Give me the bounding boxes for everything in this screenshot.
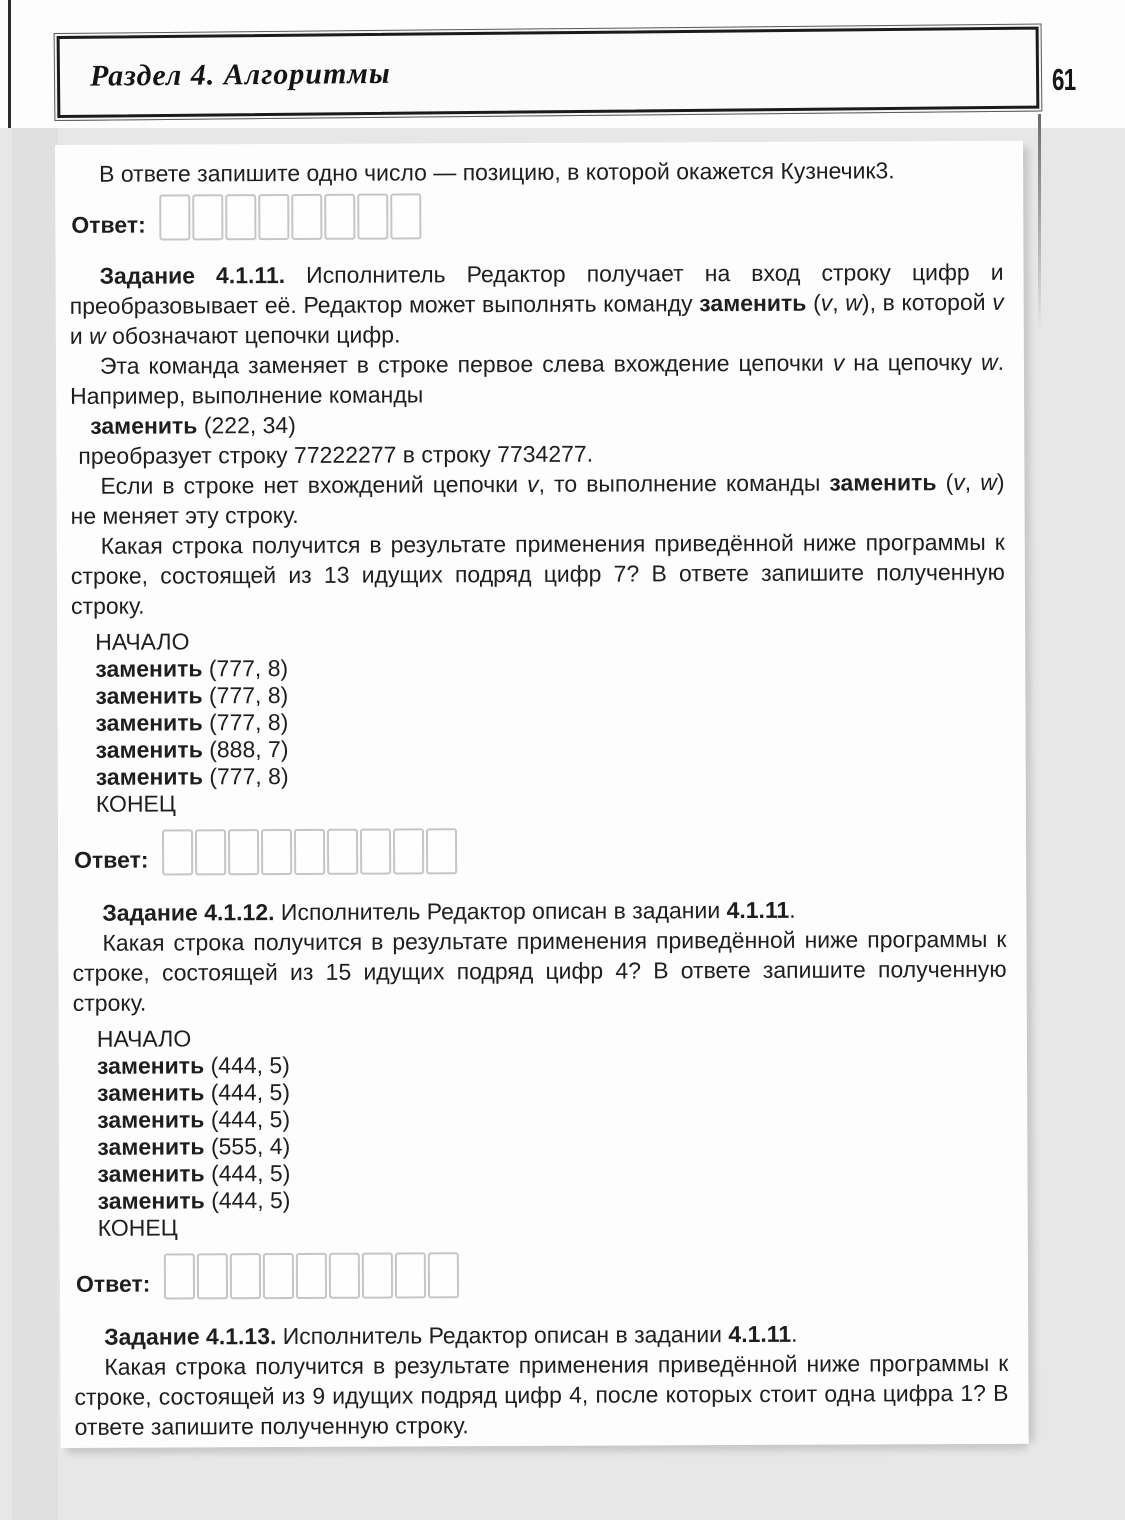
answer-cell	[193, 194, 224, 240]
program-line: заменить (444, 5)	[98, 1184, 1008, 1215]
answer-cell	[261, 829, 292, 875]
text-segment: (444, 5)	[205, 1187, 291, 1213]
text-segment: v	[527, 471, 539, 497]
program-line: заменить (444, 5)	[97, 1049, 1007, 1080]
text-segment: w	[89, 323, 106, 349]
scan-background-left-strip	[12, 128, 58, 1520]
program-listing-1: НАЧАЛО заменить (777, 8) заменить (777, …	[95, 625, 1006, 818]
answer-cell	[195, 829, 226, 875]
answer-boxes	[160, 193, 422, 240]
answer-label: Ответ:	[69, 211, 160, 241]
text-segment: Задание 4.1.12.	[102, 899, 274, 926]
text-segment: заменить	[95, 682, 202, 708]
text-segment: (777, 8)	[203, 709, 289, 735]
section-title: Раздел 4. Алгоритмы	[60, 57, 391, 94]
program-line: заменить (777, 8)	[95, 706, 1005, 737]
text-segment: КОНЕЦ	[96, 790, 176, 816]
answer-cell	[426, 828, 457, 874]
answer-row-2: Ответ:	[72, 826, 1006, 876]
text-segment: (444, 5)	[204, 1052, 290, 1078]
text-segment: обозначают цепочки цифр.	[106, 321, 401, 348]
answer-cell	[263, 1253, 294, 1299]
program-line: НАЧАЛО	[95, 625, 1005, 656]
answer-boxes	[162, 828, 457, 875]
text-segment: заменить	[96, 736, 203, 762]
text-segment: v	[992, 289, 1004, 315]
text-segment: ), в которой	[862, 289, 992, 316]
program-line: НАЧАЛО	[97, 1022, 1007, 1053]
text-segment: заменить	[97, 1079, 204, 1105]
program-line: заменить (777, 8)	[96, 760, 1006, 791]
text-segment: Если в строке нет вхождений цепочки	[100, 471, 527, 499]
text-segment: КОНЕЦ	[98, 1214, 178, 1240]
task-4-1-11-paragraph-5: Какая строка получится в результате прим…	[71, 527, 1005, 621]
text-segment: заменить	[95, 709, 202, 735]
answer-label: Ответ:	[72, 846, 163, 876]
text-segment: В ответе запишите одно число — позицию, …	[99, 157, 895, 186]
text-segment: v	[821, 290, 833, 316]
answer-cell	[329, 1253, 360, 1299]
task-4-1-12-paragraph-1: Задание 4.1.12. Исполнитель Редактор опи…	[72, 894, 1006, 928]
page-number: 61	[1052, 62, 1075, 98]
text-segment: (444, 5)	[205, 1160, 291, 1186]
text-segment: заменить	[699, 290, 806, 316]
answer-cell	[358, 194, 389, 240]
task-4-1-11-paragraph-4: Если в строке нет вхождений цепочки v, т…	[70, 467, 1004, 531]
answer-label: Ответ:	[74, 1270, 165, 1300]
answer-cell	[228, 829, 259, 875]
text-segment: (444, 5)	[204, 1106, 290, 1132]
task-4-1-13: Задание 4.1.13. Исполнитель Редактор опи…	[74, 1318, 1009, 1442]
text-segment: , то выполнение команды	[539, 470, 830, 497]
text-segment: и	[70, 323, 89, 349]
text-segment: v	[833, 350, 845, 376]
answer-boxes	[164, 1252, 459, 1299]
answer-cell	[160, 194, 191, 240]
text-segment: 4.1.11	[728, 1321, 791, 1347]
answer-cell	[296, 1253, 327, 1299]
intro-paragraph: В ответе запишите одно число — позицию, …	[69, 155, 1003, 189]
scan-edge-right	[1038, 114, 1041, 332]
text-segment: заменить	[829, 469, 936, 495]
text-segment: НАЧАЛО	[95, 628, 189, 654]
answer-cell	[230, 1253, 261, 1299]
answer-cell	[393, 828, 424, 874]
program-line: заменить (777, 8)	[95, 652, 1005, 683]
answer-cell	[325, 194, 356, 240]
text-segment: заменить	[97, 1133, 204, 1159]
text-segment: (777, 8)	[202, 655, 288, 681]
task-4-1-13-paragraph-1: Задание 4.1.13. Исполнитель Редактор опи…	[74, 1318, 1008, 1352]
section-header-box: Раздел 4. Алгоритмы	[57, 27, 1040, 118]
task-4-1-12-paragraph-2: Какая строка получится в результате прим…	[72, 924, 1006, 1018]
text-segment: (555, 4)	[204, 1133, 290, 1159]
text-segment: Задание 4.1.11.	[100, 262, 286, 289]
text-segment: заменить	[97, 1160, 204, 1186]
text-segment: заменить	[95, 655, 202, 681]
answer-cell	[164, 1253, 195, 1299]
answer-cell	[362, 1253, 393, 1299]
answer-cell	[197, 1253, 228, 1299]
text-segment: 4.1.11	[726, 897, 789, 923]
answer-row-1: Ответ:	[69, 191, 1003, 241]
text-segment: w	[980, 469, 997, 495]
text-segment: заменить	[90, 412, 197, 438]
text-segment: ,	[832, 290, 845, 316]
program-listing-2: НАЧАЛО заменить (444, 5) заменить (444, …	[97, 1022, 1008, 1242]
task-4-1-11-paragraph-1: Задание 4.1.11. Исполнитель Редактор пол…	[70, 257, 1004, 351]
text-segment: (222, 34)	[197, 412, 296, 438]
text-segment: (444, 5)	[204, 1079, 290, 1105]
program-line: КОНЕЦ	[98, 1211, 1008, 1242]
task-4-1-11-command-example: заменить (222, 34)	[90, 407, 1004, 441]
text-segment: преобразует строку 77222277 в строку 773…	[78, 441, 593, 469]
text-segment: (	[806, 290, 820, 316]
program-line: заменить (444, 5)	[97, 1103, 1007, 1134]
answer-cell	[292, 194, 323, 240]
text-segment: w	[845, 289, 862, 315]
answer-cell	[226, 194, 257, 240]
text-segment: на цепочку	[844, 349, 981, 376]
text-segment: (777, 8)	[203, 763, 289, 789]
program-line: КОНЕЦ	[96, 787, 1006, 818]
text-segment: Исполнитель Редактор описан в задании	[274, 897, 726, 925]
answer-cell	[428, 1252, 459, 1298]
task-4-1-11-paragraph-2: Эта команда заменяет в строке первое сле…	[70, 347, 1004, 411]
task-4-1-13-paragraph-2: Какая строка получится в результате прим…	[74, 1348, 1008, 1442]
answer-row-3: Ответ:	[74, 1250, 1008, 1300]
program-line: заменить (444, 5)	[97, 1157, 1007, 1188]
text-segment: Какая строка получится в результате прим…	[73, 926, 1007, 1016]
text-segment: Какая строка получится в результате прим…	[74, 1350, 1008, 1440]
text-segment: заменить	[97, 1052, 204, 1078]
program-line: заменить (555, 4)	[97, 1130, 1007, 1161]
text-segment: заменить	[97, 1106, 204, 1132]
answer-cell	[259, 194, 290, 240]
answer-cell	[294, 829, 325, 875]
text-segment: Какая строка получится в результате прим…	[71, 529, 1005, 619]
task-4-1-11-paragraph-3: преобразует строку 77222277 в строку 773…	[70, 437, 1004, 471]
answer-cell	[327, 829, 358, 875]
text-segment: (777, 8)	[203, 682, 289, 708]
task-4-1-12: Задание 4.1.12. Исполнитель Редактор опи…	[72, 894, 1007, 1018]
content-page: В ответе запишите одно число — позицию, …	[55, 141, 1029, 1448]
answer-cell	[360, 829, 391, 875]
task-4-1-11: Задание 4.1.11. Исполнитель Редактор пол…	[70, 257, 1006, 621]
text-segment: (	[936, 469, 953, 495]
text-segment: ,	[965, 469, 981, 495]
text-segment: заменить	[98, 1187, 205, 1213]
text-segment: Эта команда заменяет в строке первое сле…	[100, 350, 833, 379]
text-segment: (888, 7)	[203, 736, 289, 762]
text-segment: Задание 4.1.13.	[104, 1323, 276, 1350]
text-segment: v	[953, 469, 965, 495]
text-segment: НАЧАЛО	[97, 1025, 191, 1051]
text-segment: Исполнитель Редактор описан в задании	[276, 1321, 728, 1349]
answer-cell	[162, 829, 193, 875]
text-segment: .	[791, 1321, 798, 1347]
answer-cell	[391, 193, 422, 239]
program-line: заменить (777, 8)	[95, 679, 1005, 710]
program-line: заменить (444, 5)	[97, 1076, 1007, 1107]
text-segment: w	[981, 349, 998, 375]
text-segment: заменить	[96, 763, 203, 789]
answer-cell	[395, 1252, 426, 1298]
text-segment: .	[789, 897, 796, 923]
program-line: заменить (888, 7)	[96, 733, 1006, 764]
page-content: В ответе запишите одно число — позицию, …	[55, 141, 1029, 1442]
